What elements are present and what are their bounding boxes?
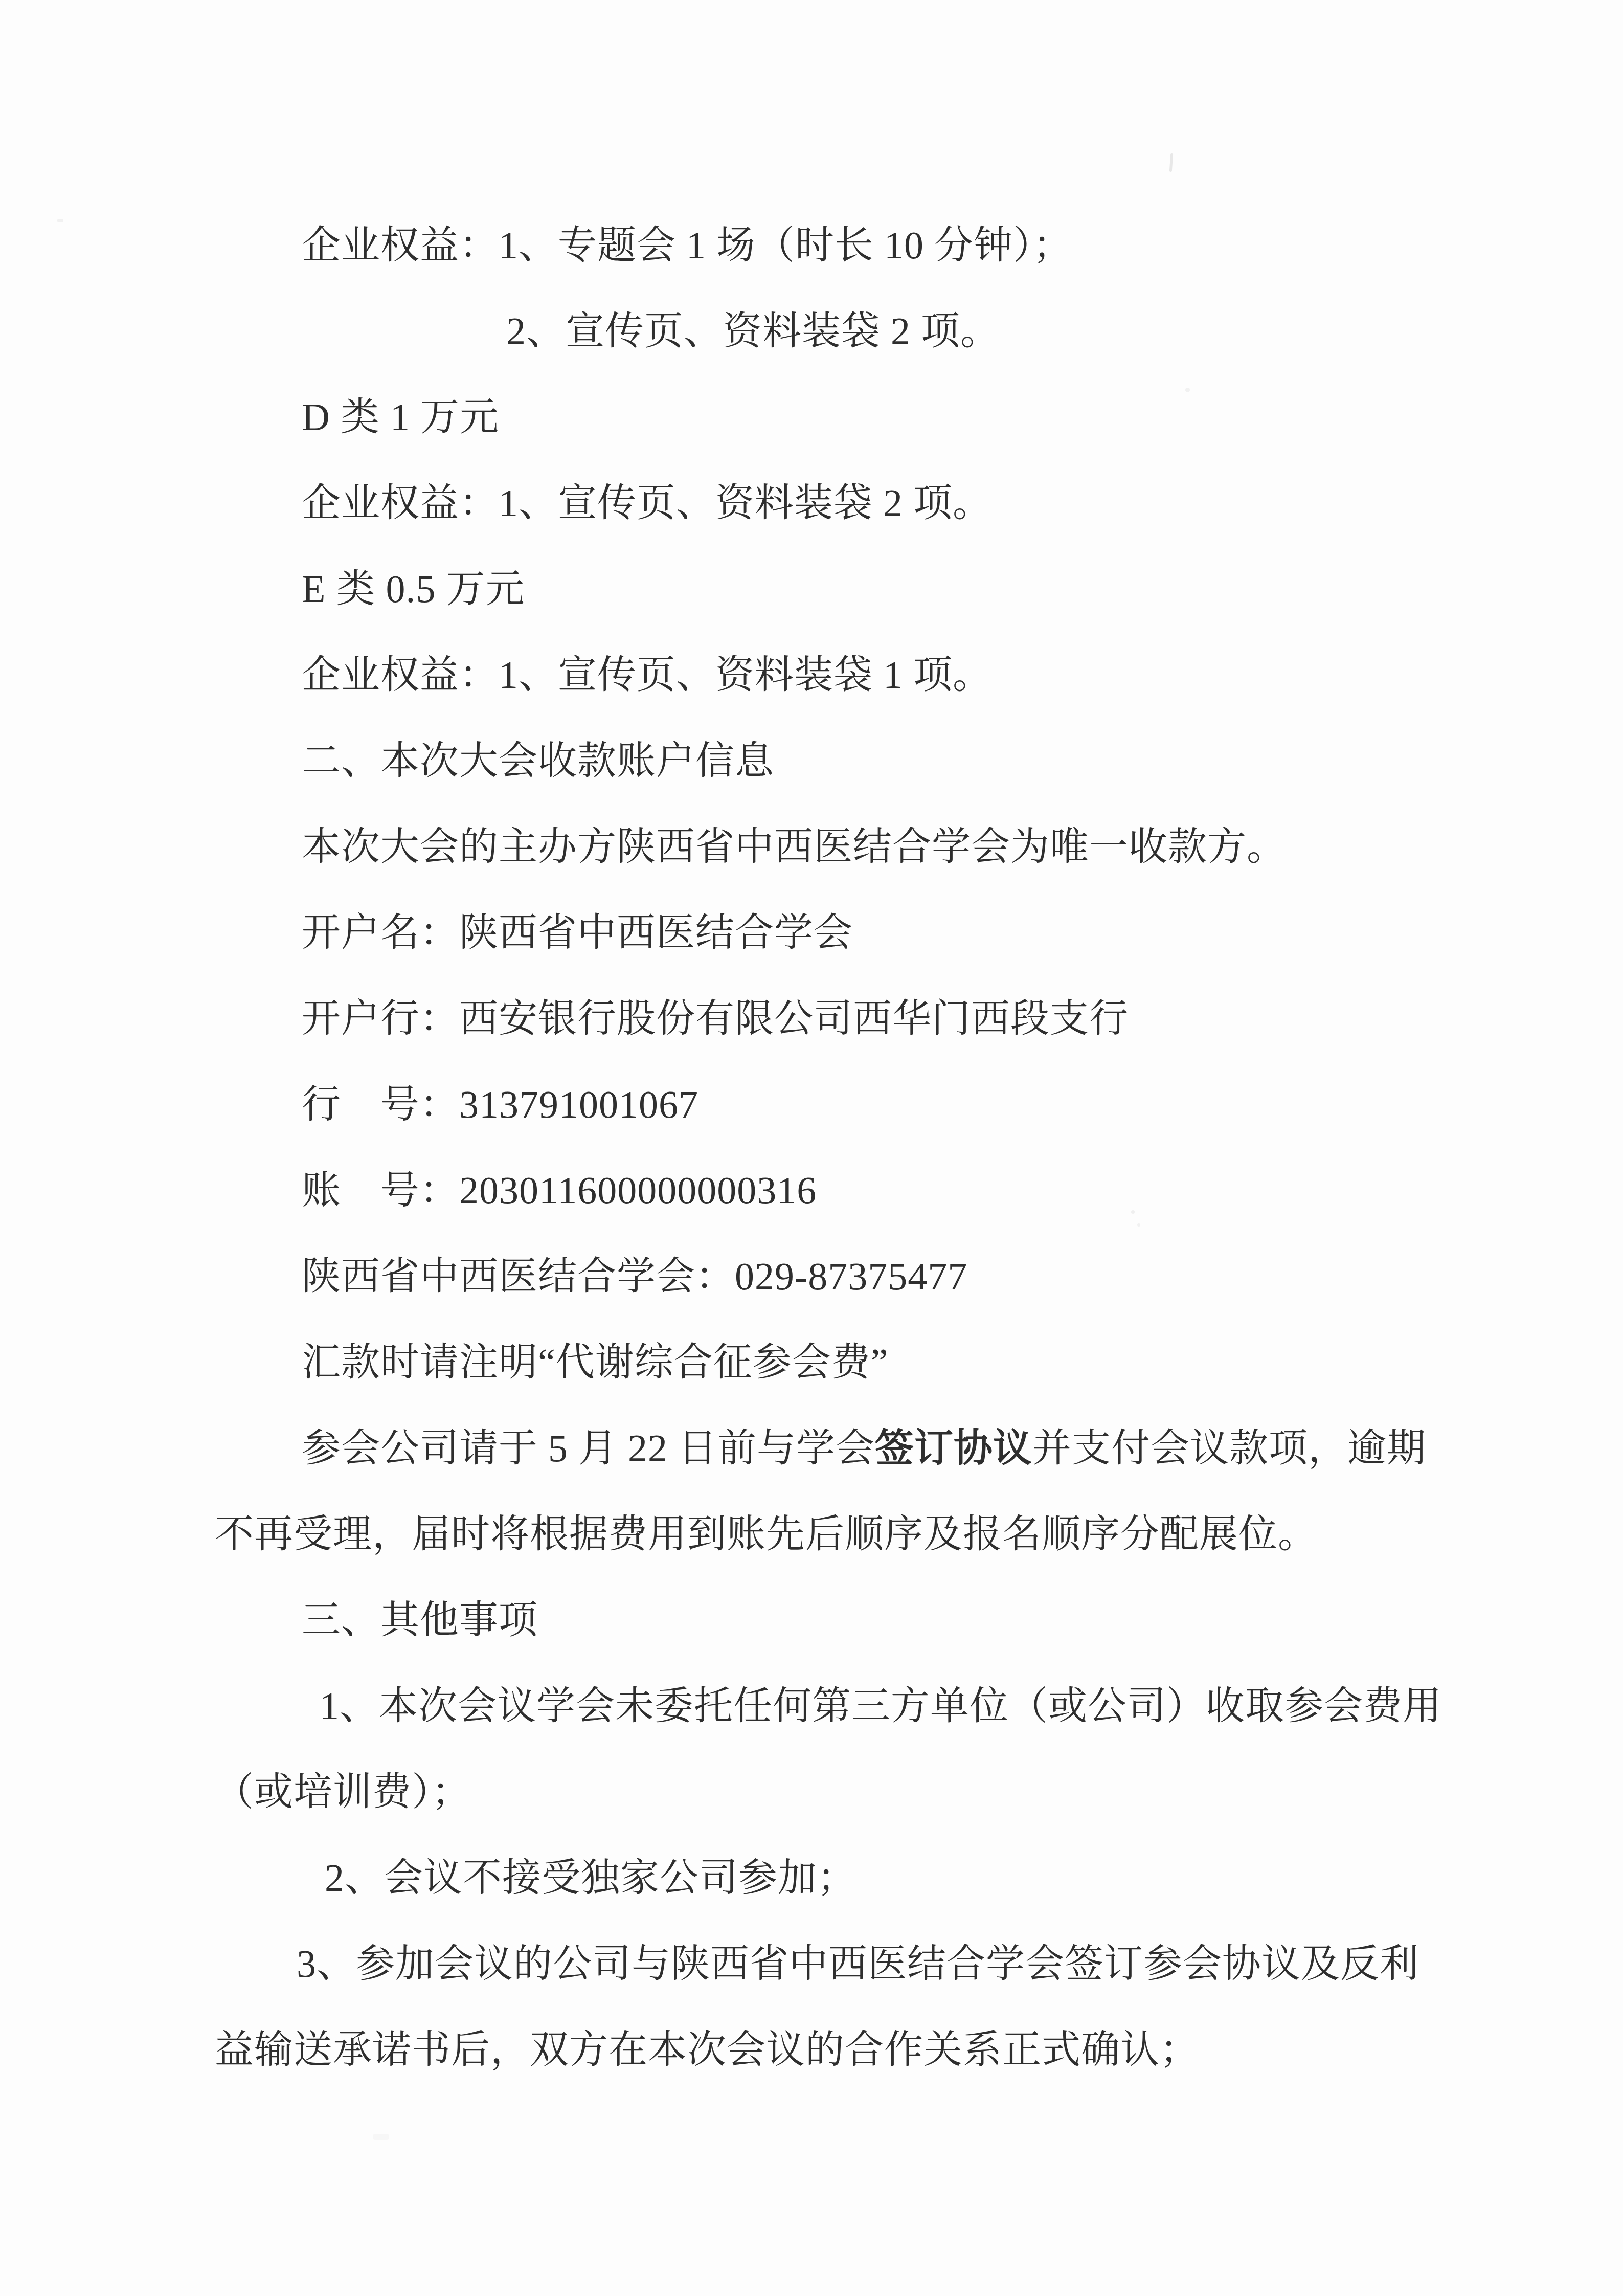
item-1-line-1: 1、本次会议学会未委托任何第三方单位（或公司）收取参会费用 bbox=[215, 1663, 1442, 1749]
item-3-line-2: 益输送承诺书后，双方在本次会议的合作关系正式确认； bbox=[215, 2007, 1442, 2093]
benefits-c-line-2: 2、宣传页、资料装袋 2 项。 bbox=[215, 288, 1442, 374]
class-e-price: E 类 0.5 万元 bbox=[215, 546, 1442, 632]
account-number-line: 账 号：203011600000000316 bbox=[215, 1148, 1442, 1234]
section-3-heading: 三、其他事项 bbox=[215, 1577, 1442, 1663]
bank-name-line: 开户行：西安银行股份有限公司西华门西段支行 bbox=[215, 976, 1442, 1062]
item-3-line-1: 3、参加会议的公司与陕西省中西医结合学会签订参会协议及反利 bbox=[215, 1921, 1442, 2007]
item-2-line: 2、会议不接受独家公司参加； bbox=[215, 1835, 1442, 1921]
deadline-line-1: 参会公司请于 5 月 22 日前与学会签订协议并支付会议款项，逾期 bbox=[215, 1406, 1442, 1491]
document-text-block: 企业权益：1、专题会 1 场（时长 10 分钟）； 2、宣传页、资料装袋 2 项… bbox=[215, 203, 1442, 2093]
deadline-agreement-bold-text: 签订协议 bbox=[875, 1427, 1032, 1470]
section-2-heading: 二、本次大会收款账户信息 bbox=[215, 718, 1442, 804]
deadline-pre-text: 参会公司请于 5 月 22 日前与学会 bbox=[302, 1427, 875, 1470]
class-d-benefits: 企业权益：1、宣传页、资料装袋 2 项。 bbox=[215, 460, 1442, 546]
deadline-line-2: 不再受理，届时将根据费用到账先后顺序及报名顺序分配展位。 bbox=[215, 1491, 1442, 1577]
payee-statement: 本次大会的主办方陕西省中西医结合学会为唯一收款方。 bbox=[215, 804, 1442, 890]
document-page: 企业权益：1、专题会 1 场（时长 10 分钟）； 2、宣传页、资料装袋 2 项… bbox=[0, 0, 1623, 2296]
class-e-benefits: 企业权益：1、宣传页、资料装袋 1 项。 bbox=[215, 632, 1442, 718]
scan-noise-speck bbox=[373, 2134, 389, 2140]
deadline-post-text: 并支付会议款项，逾期 bbox=[1032, 1427, 1426, 1470]
scan-noise-speck bbox=[57, 219, 63, 222]
scan-noise-speck bbox=[1169, 153, 1173, 172]
class-d-price: D 类 1 万元 bbox=[215, 374, 1442, 460]
bank-number-line: 行 号：313791001067 bbox=[215, 1062, 1442, 1148]
benefits-c-line-1: 企业权益：1、专题会 1 场（时长 10 分钟）； bbox=[215, 203, 1442, 288]
contact-phone-line: 陕西省中西医结合学会：029-87375477 bbox=[215, 1234, 1442, 1320]
item-1-line-2: （或培训费）； bbox=[215, 1749, 1442, 1835]
account-name-line: 开户名：陕西省中西医结合学会 bbox=[215, 890, 1442, 976]
remit-note-line: 汇款时请注明“代谢综合征参会费” bbox=[215, 1320, 1442, 1406]
